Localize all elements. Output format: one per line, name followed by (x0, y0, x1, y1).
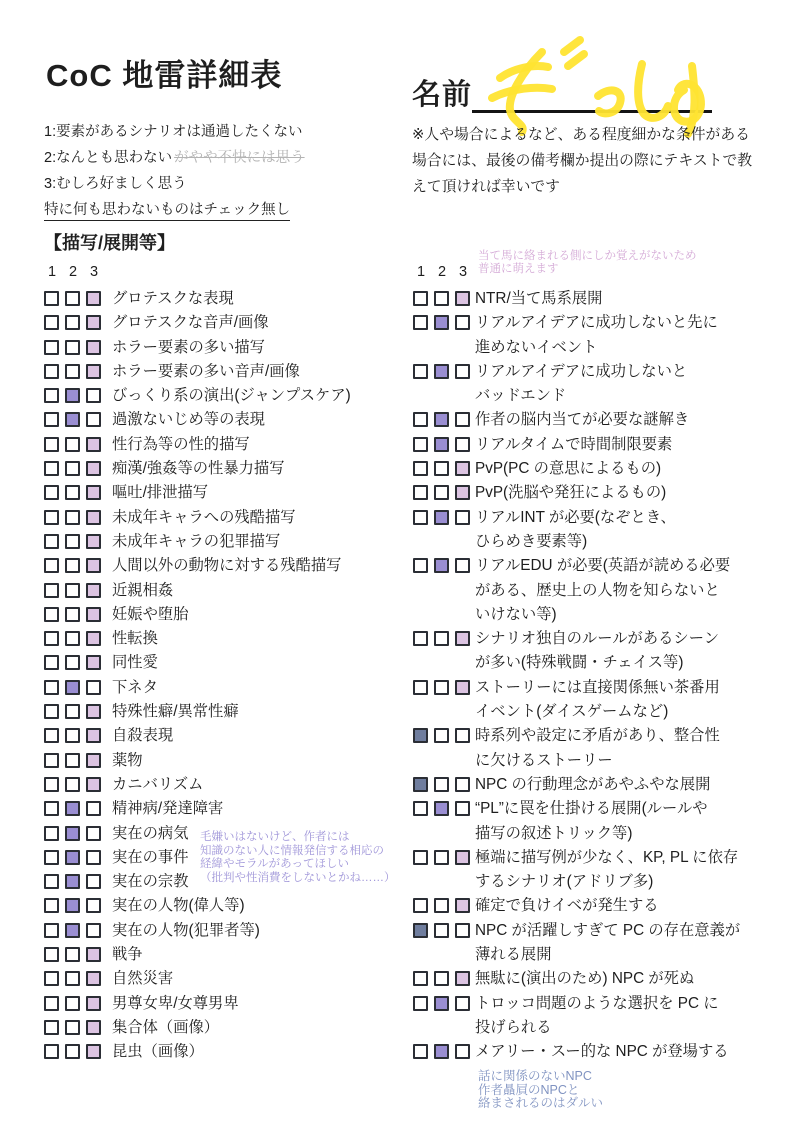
checklist-row: カニバリズム (44, 773, 351, 797)
rating-boxes (44, 801, 112, 816)
checklist-row: 自殺表現 (44, 724, 351, 748)
rating-boxes (413, 364, 475, 379)
rating-boxes (413, 510, 475, 525)
checkbox-col-2[interactable] (434, 437, 449, 452)
checkbox-col-3[interactable] (86, 850, 101, 865)
item-label: 実在の宗教 (112, 870, 189, 894)
checklist-row: 自然災害 (44, 967, 351, 991)
checkbox-col-1[interactable] (413, 728, 428, 743)
checkbox-col-2[interactable] (65, 874, 80, 889)
checkbox-col-1[interactable] (413, 315, 428, 330)
rating-boxes (44, 558, 112, 573)
checkbox-col-2[interactable] (65, 728, 80, 743)
checkbox-col-3[interactable] (86, 801, 101, 816)
checklist-row: 特殊性癖/異常性癖 (44, 700, 351, 724)
checklist-row: シナリオ独自のルールがあるシーンが多い(特殊戦闘・チェイス等) (413, 627, 740, 676)
checkbox-col-3[interactable] (86, 996, 101, 1011)
checklist-row: “PL”に罠を仕掛ける展開(ルールや描写の叙述トリック等) (413, 797, 740, 846)
item-label: 男尊女卑/女尊男卑 (112, 992, 239, 1016)
checkbox-col-2[interactable] (65, 388, 80, 403)
item-label: 妊娠や堕胎 (112, 603, 189, 627)
item-label: グロテスクな音声/画像 (112, 311, 269, 335)
item-label: シナリオ独自のルールがあるシーンが多い(特殊戦闘・チェイス等) (475, 627, 719, 676)
checklist-row: 男尊女卑/女尊男卑 (44, 992, 351, 1016)
checkbox-col-2[interactable] (65, 971, 80, 986)
checkbox-col-1[interactable] (44, 777, 59, 792)
checkbox-col-2[interactable] (434, 461, 449, 476)
checkbox-col-1[interactable] (44, 923, 59, 938)
checklist-row: 同性愛 (44, 651, 351, 675)
checkbox-col-3[interactable] (86, 631, 101, 646)
checkbox-col-3[interactable] (86, 1044, 101, 1059)
checkbox-col-1[interactable] (413, 850, 428, 865)
checkbox-col-2[interactable] (65, 461, 80, 476)
rating-boxes (44, 680, 112, 695)
rating-boxes (44, 364, 112, 379)
checkbox-col-2[interactable] (65, 437, 80, 452)
checklist-row: NPC が活躍しすぎて PC の存在意義が薄れる展開 (413, 919, 740, 968)
rating-boxes (44, 583, 112, 598)
checkbox-col-2[interactable] (434, 291, 449, 306)
rating-boxes (413, 971, 475, 986)
rating-boxes (44, 947, 112, 962)
rating-boxes (44, 534, 112, 549)
checklist-row: 人間以外の動物に対する残酷描写 (44, 554, 351, 578)
item-label: “PL”に罠を仕掛ける展開(ルールや描写の叙述トリック等) (475, 797, 708, 846)
checkbox-col-3[interactable] (86, 898, 101, 913)
item-label: メアリー・スー的な NPC が登場する (475, 1040, 729, 1064)
checklist-row: 実在の病気 (44, 822, 351, 846)
rating-boxes (413, 412, 475, 427)
rating-boxes (44, 510, 112, 525)
rating-boxes (413, 996, 475, 1011)
item-label: 自然災害 (112, 967, 173, 991)
checklist-row: 近親相姦 (44, 579, 351, 603)
checkbox-col-2[interactable] (65, 607, 80, 622)
legend-struck-text: がやや不快には思う (174, 150, 305, 166)
checkbox-col-1[interactable] (44, 1020, 59, 1035)
checkbox-col-3[interactable] (86, 753, 101, 768)
rating-boxes (44, 388, 112, 403)
checkbox-col-2[interactable] (65, 801, 80, 816)
checkbox-col-2[interactable] (434, 412, 449, 427)
rating-boxes (413, 777, 475, 792)
checkbox-col-3[interactable] (86, 704, 101, 719)
checklist-row: 薬物 (44, 749, 351, 773)
checkbox-col-2[interactable] (65, 340, 80, 355)
checkbox-col-3[interactable] (455, 777, 470, 792)
checkbox-col-3[interactable] (455, 1044, 470, 1059)
checkbox-col-1[interactable] (413, 680, 428, 695)
checkbox-col-2[interactable] (434, 558, 449, 573)
item-label: PvP(PC の意思によるもの) (475, 457, 661, 481)
checkbox-col-1[interactable] (44, 874, 59, 889)
item-label: グロテスクな表現 (112, 287, 234, 311)
rating-boxes (413, 850, 475, 865)
checkbox-col-2[interactable] (434, 996, 449, 1011)
legend-line-1: 1:要素があるシナリオは通過したくない (44, 119, 305, 145)
item-label: カニバリズム (112, 773, 203, 797)
checklist-row: びっくり系の演出(ジャンプスケア) (44, 384, 351, 408)
item-label: 下ネタ (112, 676, 158, 700)
checkbox-col-1[interactable] (44, 412, 59, 427)
checkbox-col-1[interactable] (44, 826, 59, 841)
checklist-row: リアルアイデアに成功しないとバッドエンド (413, 360, 740, 409)
checkbox-col-2[interactable] (65, 534, 80, 549)
checkbox-col-3[interactable] (86, 461, 101, 476)
checklist-row: 未成年キャラの犯罪描写 (44, 530, 351, 554)
rating-boxes (44, 437, 112, 452)
checkbox-col-2[interactable] (434, 631, 449, 646)
checkbox-col-1[interactable] (44, 485, 59, 500)
rating-boxes (44, 898, 112, 913)
checkbox-col-1[interactable] (44, 583, 59, 598)
checkbox-col-2[interactable] (65, 1044, 80, 1059)
checkbox-col-3[interactable] (86, 874, 101, 889)
checklist-row: 性転換 (44, 627, 351, 651)
checkbox-col-2[interactable] (65, 996, 80, 1011)
item-label: リアルタイムで時間制限要素 (475, 433, 672, 457)
item-label: 実在の人物(犯罪者等) (112, 919, 260, 943)
checklist-row: 実在の宗教 (44, 870, 351, 894)
rating-boxes (44, 923, 112, 938)
checklist-row: メアリー・スー的な NPC が登場する (413, 1040, 740, 1064)
checkbox-col-2[interactable] (65, 898, 80, 913)
item-label: 過激ないじめ等の表現 (112, 408, 265, 432)
checkbox-col-3[interactable] (86, 291, 101, 306)
checklist-row: 性行為等の性的描写 (44, 433, 351, 457)
checkbox-col-1[interactable] (413, 631, 428, 646)
checkbox-col-3[interactable] (455, 315, 470, 330)
rating-boxes (44, 728, 112, 743)
checkbox-col-1[interactable] (413, 558, 428, 573)
item-label: リアルアイデアに成功しないとバッドエンド (475, 360, 687, 409)
item-label: ストーリーには直接関係無い茶番用イベント(ダイスゲームなど) (475, 676, 720, 725)
checklist-row: 妊娠や堕胎 (44, 603, 351, 627)
rating-boxes (413, 923, 475, 938)
item-label: 戦争 (112, 943, 143, 967)
item-label: 自殺表現 (112, 724, 173, 748)
checkbox-col-2[interactable] (65, 655, 80, 670)
checkbox-col-2[interactable] (434, 315, 449, 330)
checkbox-col-3[interactable] (455, 898, 470, 913)
checkbox-col-3[interactable] (455, 728, 470, 743)
checklist-row: リアルINT が必要(なぞとき、ひらめき要素等) (413, 506, 740, 555)
checklist-row: NTR/当て馬系展開 (413, 287, 740, 311)
item-label: NPC が活躍しすぎて PC の存在意義が薄れる展開 (475, 919, 740, 968)
checkbox-col-3[interactable] (86, 340, 101, 355)
checkbox-col-1[interactable] (413, 510, 428, 525)
rating-boxes (413, 898, 475, 913)
item-label: 人間以外の動物に対する残酷描写 (112, 554, 341, 578)
checkbox-col-3[interactable] (86, 971, 101, 986)
item-label: 時系列や設定に矛盾があり、整合性に欠けるストーリー (475, 724, 720, 773)
checklist-row: 確定で負けイベが発生する (413, 894, 740, 918)
item-label: 痴漢/強姦等の性暴力描写 (112, 457, 285, 481)
checkbox-col-1[interactable] (44, 340, 59, 355)
rating-boxes (413, 680, 475, 695)
item-label: 確定で負けイベが発生する (475, 894, 659, 918)
checkbox-col-3[interactable] (86, 315, 101, 330)
checkbox-col-1[interactable] (44, 315, 59, 330)
checklist-row: 無駄に(演出のため) NPC が死ぬ (413, 967, 740, 991)
checkbox-col-1[interactable] (413, 801, 428, 816)
checkbox-col-2[interactable] (65, 923, 80, 938)
checklist-row: リアルアイデアに成功しないと先に進めないイベント (413, 311, 740, 360)
item-label: NPC の行動理念があやふやな展開 (475, 773, 710, 797)
item-label: 同性愛 (112, 651, 158, 675)
checkbox-col-2[interactable] (434, 510, 449, 525)
checkbox-col-1[interactable] (44, 437, 59, 452)
checkbox-col-3[interactable] (455, 850, 470, 865)
item-label: 極端に描写例が少なく、KP, PL に依存するシナリオ(アドリブ多) (475, 846, 738, 895)
checkbox-col-3[interactable] (86, 437, 101, 452)
checkbox-col-2[interactable] (434, 485, 449, 500)
checklist-row: 嘔吐/排泄描写 (44, 481, 351, 505)
checklist-row: 実在の事件 (44, 846, 351, 870)
checklist-right-column: NTR/当て馬系展開 リアルアイデアに成功しないと先に進めないイベント リアルア… (413, 287, 740, 1065)
checkbox-col-2[interactable] (65, 364, 80, 379)
checkbox-col-1[interactable] (413, 291, 428, 306)
checkbox-col-1[interactable] (44, 364, 59, 379)
rating-boxes (44, 874, 112, 889)
rating-boxes (413, 1044, 475, 1059)
checkbox-col-2[interactable] (434, 1044, 449, 1059)
checkbox-col-1[interactable] (44, 728, 59, 743)
checklist-row: リアルEDU が必要(英語が読める必要がある、歴史上の人物を知らないといけない等… (413, 554, 740, 627)
checkbox-col-1[interactable] (44, 704, 59, 719)
checklist-row: グロテスクな音声/画像 (44, 311, 351, 335)
rating-boxes (44, 607, 112, 622)
rating-boxes (44, 850, 112, 865)
checkbox-col-1[interactable] (413, 364, 428, 379)
checkbox-col-1[interactable] (44, 510, 59, 525)
checkbox-col-3[interactable] (455, 437, 470, 452)
item-label: リアルEDU が必要(英語が読める必要がある、歴史上の人物を知らないといけない等… (475, 554, 730, 627)
checkbox-col-1[interactable] (44, 898, 59, 913)
rating-boxes (44, 826, 112, 841)
checkbox-col-1[interactable] (44, 558, 59, 573)
rating-boxes (44, 996, 112, 1011)
checkbox-col-2[interactable] (65, 583, 80, 598)
checkbox-col-1[interactable] (44, 291, 59, 306)
rating-boxes (44, 971, 112, 986)
checkbox-col-2[interactable] (65, 315, 80, 330)
column-header-right: 123 (414, 264, 477, 280)
checkbox-col-1[interactable] (413, 923, 428, 938)
checkbox-col-2[interactable] (65, 412, 80, 427)
rating-boxes (44, 704, 112, 719)
checklist-row: PvP(PC の意思によるもの) (413, 457, 740, 481)
checkbox-col-2[interactable] (434, 728, 449, 743)
checkbox-col-3[interactable] (455, 558, 470, 573)
checkbox-col-1[interactable] (413, 777, 428, 792)
item-label: ホラー要素の多い描写 (112, 336, 265, 360)
legend-line-4: 特に何も思わないものはチェック無し (44, 197, 305, 223)
checkbox-col-1[interactable] (44, 801, 59, 816)
item-label: NTR/当て馬系展開 (475, 287, 602, 311)
checkbox-col-2[interactable] (65, 291, 80, 306)
legend-line-2: 2:なんとも思わないがやや不快には思う (44, 145, 305, 171)
checkbox-col-3[interactable] (455, 923, 470, 938)
checkbox-col-2[interactable] (434, 801, 449, 816)
trigger-checklist-sheet: CoC 地雷詳細表 名前 1:要素があるシナリオは通過したくない 2:なんとも思… (0, 0, 800, 1131)
checkbox-col-3[interactable] (86, 534, 101, 549)
rating-boxes (413, 437, 475, 452)
checklist-row: 実在の人物(偉人等) (44, 894, 351, 918)
item-label: PvP(洗脳や発狂によるもの) (475, 481, 666, 505)
checkbox-col-1[interactable] (44, 388, 59, 403)
checkbox-col-3[interactable] (455, 412, 470, 427)
rating-boxes (413, 291, 475, 306)
checkbox-col-2[interactable] (65, 485, 80, 500)
checklist-row: リアルタイムで時間制限要素 (413, 433, 740, 457)
checkbox-col-1[interactable] (413, 437, 428, 452)
checkbox-col-3[interactable] (86, 777, 101, 792)
checkbox-col-3[interactable] (86, 510, 101, 525)
checkbox-col-2[interactable] (434, 777, 449, 792)
checkbox-col-1[interactable] (44, 680, 59, 695)
checkbox-col-3[interactable] (455, 461, 470, 476)
legend-line-3: 3:むしろ好ましく思う (44, 171, 305, 197)
checkbox-col-1[interactable] (44, 850, 59, 865)
checkbox-col-3[interactable] (455, 291, 470, 306)
checkbox-col-2[interactable] (65, 1020, 80, 1035)
section-title: 【描写/展開等】 (44, 229, 175, 255)
checklist-left-column: グロテスクな表現 グロテスクな音声/画像 ホラー要素の多い描写 ホラー要素の多い… (44, 287, 351, 1065)
item-label: 特殊性癖/異常性癖 (112, 700, 239, 724)
rating-boxes (44, 485, 112, 500)
item-label: 未成年キャラの犯罪描写 (112, 530, 280, 554)
checkbox-col-2[interactable] (434, 364, 449, 379)
item-label: 集合体（画像） (112, 1016, 219, 1040)
checkbox-col-3[interactable] (86, 655, 101, 670)
checkbox-col-3[interactable] (86, 826, 101, 841)
checkbox-col-1[interactable] (413, 996, 428, 1011)
checkbox-col-3[interactable] (86, 1020, 101, 1035)
checkbox-col-3[interactable] (455, 996, 470, 1011)
checkbox-col-3[interactable] (86, 583, 101, 598)
checkbox-col-2[interactable] (65, 510, 80, 525)
checklist-row: 未成年キャラへの残酷描写 (44, 506, 351, 530)
checkbox-col-3[interactable] (86, 607, 101, 622)
checkbox-col-2[interactable] (65, 826, 80, 841)
checkbox-col-1[interactable] (413, 461, 428, 476)
checkbox-col-2[interactable] (65, 631, 80, 646)
checkbox-col-2[interactable] (434, 850, 449, 865)
checkbox-col-2[interactable] (65, 558, 80, 573)
item-label: 嘔吐/排泄描写 (112, 481, 208, 505)
checklist-row: 下ネタ (44, 676, 351, 700)
checkbox-col-1[interactable] (44, 753, 59, 768)
checkbox-col-3[interactable] (86, 680, 101, 695)
checkbox-col-3[interactable] (455, 680, 470, 695)
checkbox-col-1[interactable] (44, 607, 59, 622)
checklist-row: 時系列や設定に矛盾があり、整合性に欠けるストーリー (413, 724, 740, 773)
rating-boxes (413, 558, 475, 573)
checkbox-col-3[interactable] (86, 412, 101, 427)
checklist-row: 昆虫（画像） (44, 1040, 351, 1064)
rating-boxes (413, 461, 475, 476)
checklist-row: 痴漢/強姦等の性暴力描写 (44, 457, 351, 481)
rating-boxes (44, 1044, 112, 1059)
checkbox-col-3[interactable] (86, 728, 101, 743)
checkbox-col-1[interactable] (413, 1044, 428, 1059)
checkbox-col-2[interactable] (434, 971, 449, 986)
checkbox-col-3[interactable] (455, 510, 470, 525)
checklist-row: 実在の人物(犯罪者等) (44, 919, 351, 943)
item-label: 無駄に(演出のため) NPC が死ぬ (475, 967, 694, 991)
rating-boxes (44, 655, 112, 670)
checkbox-col-1[interactable] (413, 971, 428, 986)
checkbox-col-3[interactable] (86, 558, 101, 573)
checkbox-col-1[interactable] (44, 655, 59, 670)
checklist-row: NPC の行動理念があやふやな展開 (413, 773, 740, 797)
checkbox-col-3[interactable] (455, 364, 470, 379)
item-label: びっくり系の演出(ジャンプスケア) (112, 384, 351, 408)
rating-boxes (44, 1020, 112, 1035)
rating-boxes (413, 485, 475, 500)
checkbox-col-2[interactable] (434, 923, 449, 938)
checkbox-col-3[interactable] (455, 971, 470, 986)
checkbox-col-2[interactable] (65, 777, 80, 792)
checkbox-col-2[interactable] (434, 680, 449, 695)
checkbox-col-3[interactable] (455, 801, 470, 816)
checkbox-col-1[interactable] (44, 947, 59, 962)
checkbox-col-1[interactable] (44, 996, 59, 1011)
checkbox-col-1[interactable] (44, 1044, 59, 1059)
checkbox-col-3[interactable] (86, 388, 101, 403)
rating-boxes (413, 801, 475, 816)
rating-boxes (44, 777, 112, 792)
item-label: 未成年キャラへの残酷描写 (112, 506, 296, 530)
checkbox-col-1[interactable] (413, 485, 428, 500)
checklist-row: 精神病/発達障害 (44, 797, 351, 821)
checkbox-col-2[interactable] (65, 704, 80, 719)
checkbox-col-3[interactable] (86, 947, 101, 962)
column-header-left: 123 (45, 264, 108, 280)
checkbox-col-1[interactable] (44, 534, 59, 549)
checkbox-col-1[interactable] (44, 971, 59, 986)
rating-boxes (44, 412, 112, 427)
rating-boxes (413, 631, 475, 646)
item-label: 作者の脳内当てが必要な謎解き (475, 408, 689, 432)
item-label: 性行為等の性的描写 (112, 433, 250, 457)
checklist-row: ストーリーには直接関係無い茶番用イベント(ダイスゲームなど) (413, 676, 740, 725)
item-label: 近親相姦 (112, 579, 173, 603)
checkbox-col-1[interactable] (44, 461, 59, 476)
checklist-row: ホラー要素の多い音声/画像 (44, 360, 351, 384)
checkbox-col-1[interactable] (413, 898, 428, 913)
checkbox-col-2[interactable] (65, 753, 80, 768)
checkbox-col-1[interactable] (44, 631, 59, 646)
checkbox-col-3[interactable] (86, 923, 101, 938)
checkbox-col-3[interactable] (455, 485, 470, 500)
checklist-row: 過激ないじめ等の表現 (44, 408, 351, 432)
item-label: リアルINT が必要(なぞとき、ひらめき要素等) (475, 506, 676, 555)
checkbox-col-3[interactable] (86, 364, 101, 379)
checkbox-col-2[interactable] (65, 680, 80, 695)
item-label: 実在の事件 (112, 846, 189, 870)
rating-boxes (413, 315, 475, 330)
checklist-row: グロテスクな表現 (44, 287, 351, 311)
checkbox-col-1[interactable] (413, 412, 428, 427)
checkbox-col-2[interactable] (434, 898, 449, 913)
checkbox-col-2[interactable] (65, 947, 80, 962)
checkbox-col-2[interactable] (65, 850, 80, 865)
checkbox-col-3[interactable] (455, 631, 470, 646)
checkbox-col-3[interactable] (86, 485, 101, 500)
